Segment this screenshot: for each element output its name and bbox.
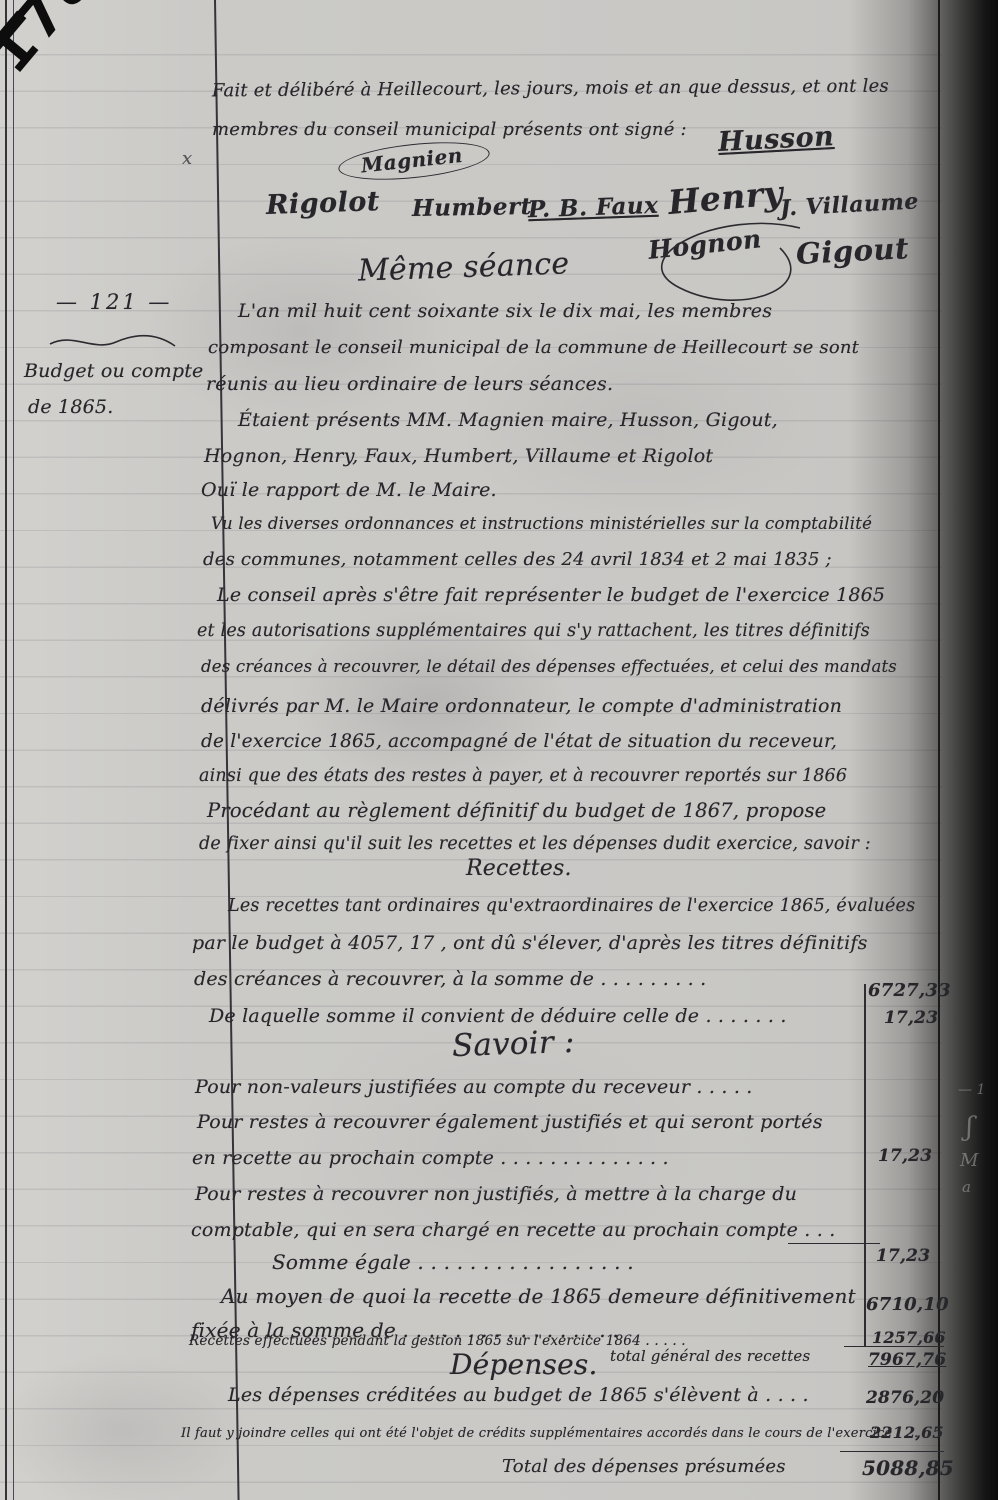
depenses-line: Les dépenses créditées au budget de 1865… [228,1384,809,1406]
body-line: Étaient présents MM. Magnien maire, Huss… [238,409,778,431]
body-line: de fixer ainsi qu'il suit les recettes e… [199,834,871,854]
signature-magnien: Magnien [337,136,492,186]
amount-somme-egale: 17,23 [876,1246,930,1266]
amount-recette-definitive: 6710,10 [866,1294,949,1315]
register-page-scan: 178 x — 121 — Budget ou compte de 1865. … [0,0,998,1500]
body-line: Vu les diverses ordonnances et instructi… [211,514,872,533]
left-double-rule-inner [13,0,14,1500]
body-line: de l'exercice 1865, accompagné de l'état… [201,731,837,752]
savoir-item: en recette au prochain compte . . . . . … [192,1147,669,1169]
savoir-item: Pour non-valeurs justifiées au compte du… [195,1076,753,1098]
amount-credits-supplementaires: 2212,65 [870,1423,944,1442]
closing-line-1: Fait et délibéré à Heillecourt, les jour… [212,76,889,102]
page-right-edge-rule [938,0,940,1500]
adjacent-page-fragment: — 1 [958,1082,985,1098]
signature-villaume: J. Villaume [779,188,919,221]
body-line: Ouï le rapport de M. le Maire. [201,479,497,501]
savoir-item: Pour restes à recouvrer non justifiés, à… [195,1183,797,1205]
body-line: L'an mil huit cent soixante six le dix m… [238,300,772,322]
session-heading: Même séance [357,246,569,288]
margin-subject-line2: de 1865. [28,396,113,418]
margin-entry-number: — 121 — [56,290,172,314]
book-gutter-shadow [848,0,998,1500]
total-depenses-label: Total des dépenses présumées [502,1456,786,1477]
amount-total-depenses: 5088,85 [862,1456,954,1480]
amount-gestion-1864: 1257,66 [872,1328,946,1347]
savoir-heading: Savoir : [451,1024,575,1064]
adjacent-page-fragment: M [960,1150,978,1171]
depenses-line: Il faut y joindre celles qui ont été l'o… [181,1426,918,1441]
sum-rule-somme-egale [788,1243,880,1244]
recettes-line: par le budget à 4057, 17 , ont dû s'élev… [192,932,868,954]
body-line: Procédant au règlement définitif du budg… [207,799,826,822]
recettes-line: des créances à recouvrer, à la somme de … [194,968,706,990]
signature-humbert: Humbert [412,193,532,222]
amount-credits-budget: 2876,20 [866,1388,944,1408]
body-line: ainsi que des états des restes à payer, … [199,766,847,786]
recettes-line: Les recettes tant ordinaires qu'extraord… [228,896,915,916]
amount-deduction: 17,23 [884,1008,938,1028]
somme-egale-line: Somme égale . . . . . . . . . . . . . . … [272,1250,634,1274]
savoir-item: Pour restes à recouvrer également justif… [197,1111,823,1133]
adjacent-page-fragment: ʃ [966,1112,973,1142]
sum-rule-total-depenses [840,1451,944,1452]
resultat-line: Au moyen de quoi la recette de 1865 deme… [221,1284,856,1308]
body-line: Le conseil après s'être fait représenter… [217,584,885,606]
signature-henry: Henry [667,173,785,222]
body-line: composant le conseil municipal de la com… [208,337,859,358]
body-line: des communes, notamment celles des 24 av… [203,549,832,570]
margin-x-mark: x [182,148,192,169]
recettes-deduction-line: De laquelle somme il convient de déduire… [209,1005,787,1027]
margin-subject-line1: Budget ou compte [24,360,204,382]
body-line: délivrés par M. le Maire ordonnateur, le… [201,695,842,717]
total-recettes-label: total général des recettes [610,1347,810,1365]
recettes-heading: Recettes. [466,856,572,881]
body-line: et les autorisations supplémentaires qui… [197,621,870,641]
amount-recette-brute: 6727,33 [868,980,951,1001]
depenses-heading: Dépenses. [450,1348,598,1381]
signature-husson: Husson [717,121,835,158]
body-line: Hognon, Henry, Faux, Humbert, Villaume e… [204,445,713,467]
amount-column-rule [864,984,866,1346]
sum-rule-total-recettes [844,1346,944,1347]
adjacent-page-fragment: a [962,1178,971,1196]
closing-line-2: membres du conseil municipal présents on… [212,119,687,140]
left-double-rule-outer [5,0,7,1500]
savoir-item: comptable, qui en sera chargé en recette… [191,1219,836,1241]
body-line: réunis au lieu ordinaire de leurs séance… [206,373,613,395]
amount-restes-justifies: 17,23 [878,1146,932,1166]
margin-flourish [48,330,178,356]
amount-total-recettes: 7967,76 [868,1350,946,1370]
signature-rigolot: Rigolot [265,186,380,221]
body-line: des créances à recouvrer, le détail des … [201,657,897,676]
